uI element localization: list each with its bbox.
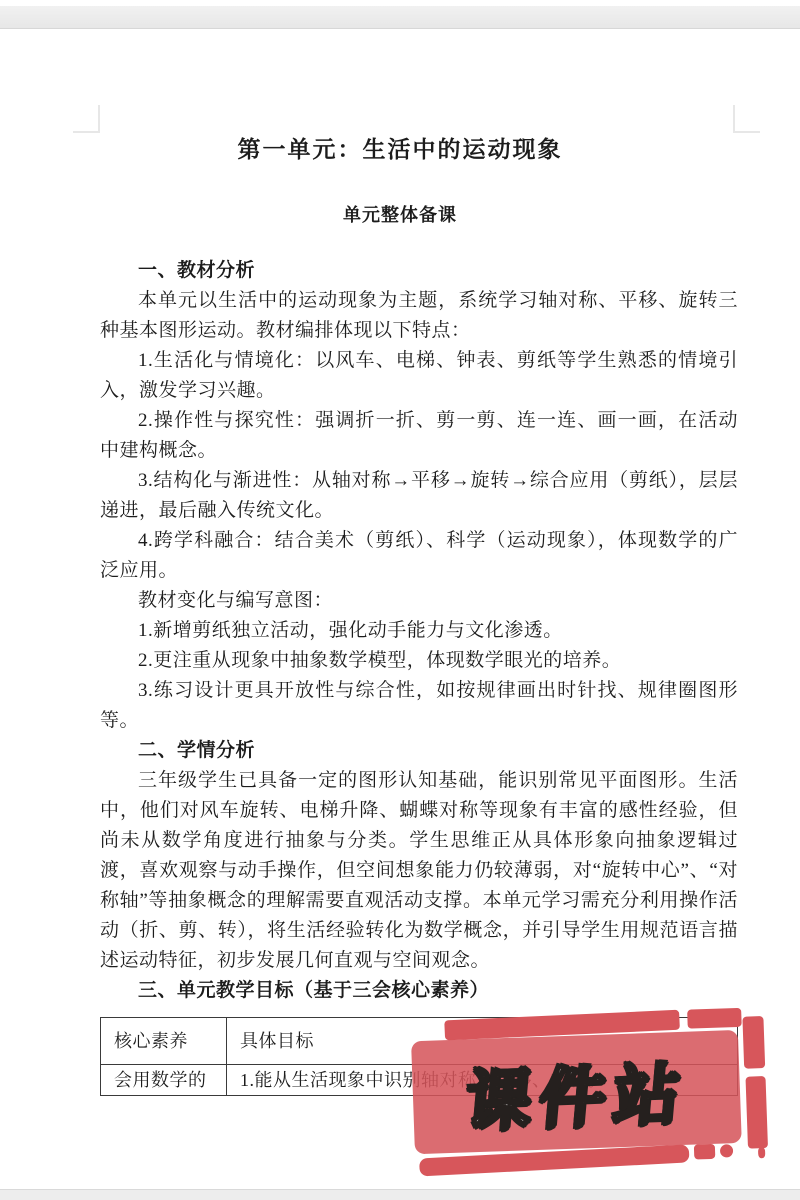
stamp-border-dot [720,1144,733,1157]
paragraph: 本单元以生活中的运动现象为主题，系统学习轴对称、平移、旋转三种基本图形运动。教材… [100,286,738,346]
paragraph: 4.跨学科融合：结合美术（剪纸）、科学（运动现象），体现数学的广泛应用。 [100,526,738,586]
table-header-cell: 核心素养 [101,1018,227,1065]
table-cell: 会用数学的 [101,1065,227,1096]
paragraph: 3.结构化与渐进性：从轴对称→平移→旋转→综合应用（剪纸），层层递进，最后融入传… [100,466,738,526]
paragraph: 教材变化与编写意图： [100,586,738,616]
section-heading-2: 二、学情分析 [100,736,738,766]
section-heading-3: 三、单元教学目标（基于三会核心素养） [100,976,738,1006]
document-subtitle: 单元整体备课 [0,202,800,228]
paragraph: 2.更注重从现象中抽象数学模型，体现数学眼光的培养。 [100,646,738,676]
stamp-border-segment [694,1144,716,1160]
paragraph: 2.操作性与探究性：强调折一折、剪一剪、连一连、画一画，在活动中建构概念。 [100,406,738,466]
document-viewer: 第一单元：生活中的运动现象 单元整体备课 一、教材分析 本单元以生活中的运动现象… [0,0,800,1200]
document-title: 第一单元：生活中的运动现象 [0,134,800,166]
section-heading-1: 一、教材分析 [100,256,738,286]
paragraph: 3.练习设计更具开放性与综合性，如按规律画出时针找、规律圈图形等。 [100,676,738,736]
table-header-cell: 具体目标 [227,1018,738,1065]
stamp-border-segment [419,1144,690,1176]
stamp-border-dot [758,1147,765,1158]
paragraph: 三年级学生已具备一定的图形认知基础，能识别常见平面图形。生活中，他们对风车旋转、… [100,766,738,976]
table-header-row: 核心素养 具体目标 [101,1018,738,1065]
unit-goals-table: 核心素养 具体目标 会用数学的 1.能从生活现象中识别轴对称、平移、旋转。 [100,1017,738,1096]
paragraph: 1.生活化与情境化：以风车、电梯、钟表、剪纸等学生熟悉的情境引入，激发学习兴趣。 [100,346,738,406]
table-cell: 1.能从生活现象中识别轴对称、平移、旋转。 [227,1065,738,1096]
document-page: 第一单元：生活中的运动现象 单元整体备课 一、教材分析 本单元以生活中的运动现象… [0,0,800,1096]
table-row: 会用数学的 1.能从生活现象中识别轴对称、平移、旋转。 [101,1065,738,1096]
window-chrome-bottom [0,1189,800,1200]
document-body: 一、教材分析 本单元以生活中的运动现象为主题，系统学习轴对称、平移、旋转三种基本… [100,256,738,1096]
paragraph: 1.新增剪纸独立活动，强化动手能力与文化渗透。 [100,616,738,646]
